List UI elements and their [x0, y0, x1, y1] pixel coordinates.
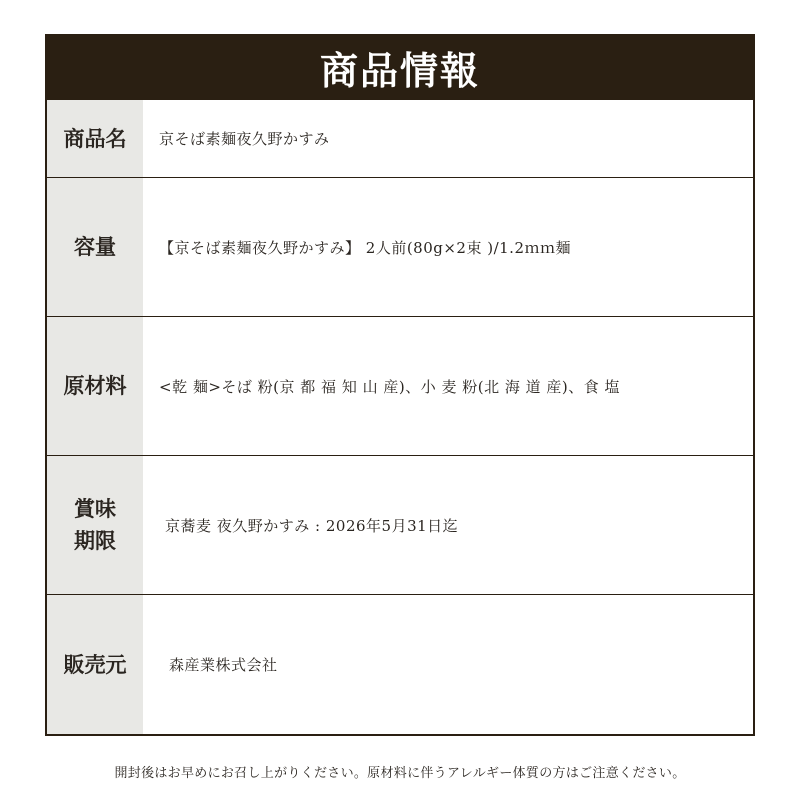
product-info-table: 商品情報 商品名 京そば素麺夜久野かすみ 容量 【京そば素麺夜久野かすみ】 2人… — [45, 34, 755, 736]
row-label-line2: 期限 — [74, 525, 116, 557]
row-label: 原材料 — [47, 317, 143, 455]
row-ingredients: 原材料 <乾 麺>そば 粉(京 都 福 知 山 産)、小 麦 粉(北 海 道 産… — [47, 317, 753, 456]
page-title: 商品情報 — [45, 34, 755, 100]
row-label: 販売元 — [47, 595, 143, 734]
row-best-before: 賞味 期限 京蕎麦 夜久野かすみ : 2026年5月31日迄 — [47, 456, 753, 595]
row-value: <乾 麺>そば 粉(京 都 福 知 山 産)、小 麦 粉(北 海 道 産)、食 … — [143, 317, 753, 455]
row-seller: 販売元 森産業株式会社 — [47, 595, 753, 734]
row-label-line1: 賞味 — [74, 493, 116, 525]
row-product-name: 商品名 京そば素麺夜久野かすみ — [47, 100, 753, 178]
row-label: 商品名 — [47, 100, 143, 177]
row-value: 京蕎麦 夜久野かすみ : 2026年5月31日迄 — [143, 456, 753, 594]
row-capacity: 容量 【京そば素麺夜久野かすみ】 2人前(80g×2束 )/1.2ｍｍ麺 — [47, 178, 753, 317]
row-label: 容量 — [47, 178, 143, 316]
row-value: 京そば素麺夜久野かすみ — [143, 100, 753, 177]
row-label: 賞味 期限 — [47, 456, 143, 594]
row-value: 森産業株式会社 — [143, 595, 753, 734]
footnote: 開封後はお早めにお召し上がりください。原材料に伴うアレルギー体質の方はご注意くだ… — [0, 762, 800, 781]
row-value: 【京そば素麺夜久野かすみ】 2人前(80g×2束 )/1.2ｍｍ麺 — [143, 178, 753, 316]
